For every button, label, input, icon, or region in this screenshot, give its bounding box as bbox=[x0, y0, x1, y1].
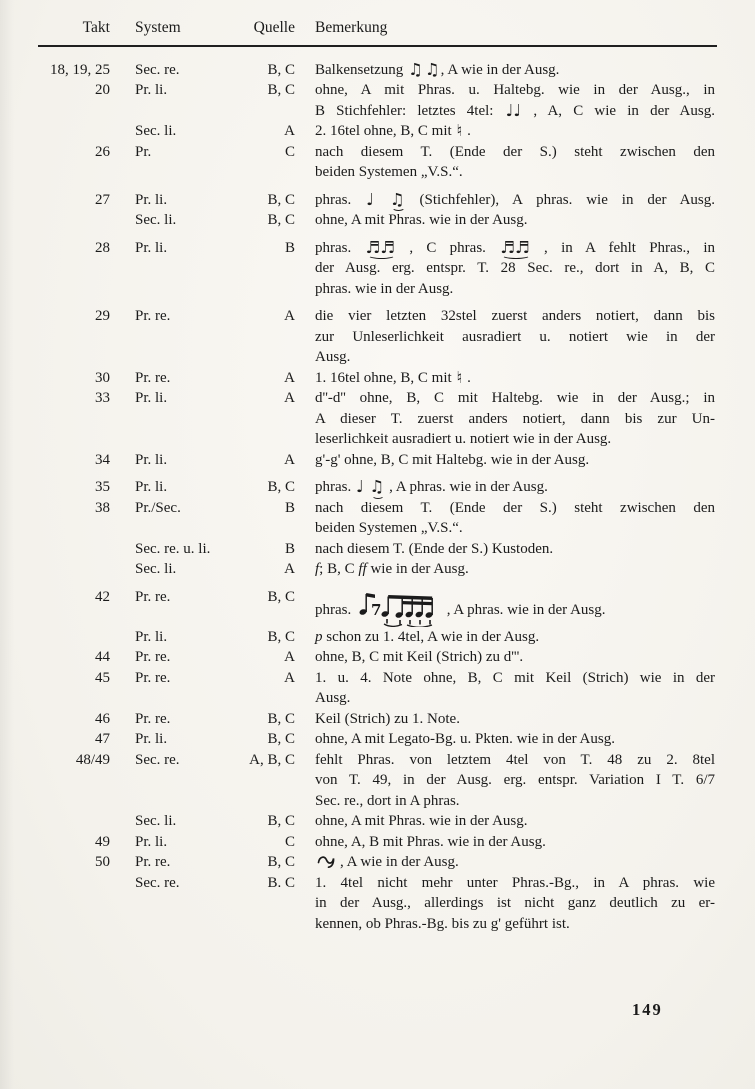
table-row: 30Pr. re.A1. 16tel ohne, B, C mit ♮ . bbox=[0, 368, 755, 389]
beamed-pair-slur-icon: ♫ bbox=[369, 479, 386, 496]
system-cell: Pr. li. bbox=[110, 627, 225, 648]
system-cell: Pr. li. bbox=[110, 190, 225, 211]
text-run: ohne, A mit Phras. wie in der Ausg. bbox=[315, 813, 528, 829]
bemerkung-cell: p schon zu 1. 4tel, A wie in der Ausg. bbox=[295, 627, 715, 648]
bemerkung-line: die vier letzten 32stel zuerst anders no… bbox=[315, 306, 715, 327]
quelle-cell: B, C bbox=[225, 811, 295, 832]
system-cell: Pr. li. bbox=[110, 729, 225, 750]
two-quarter-notes-icon: ♩♩ bbox=[505, 103, 523, 120]
figure-42-icon: 7 bbox=[355, 587, 443, 627]
svg-text:7: 7 bbox=[371, 601, 381, 619]
system-cell: Sec. re. bbox=[110, 60, 225, 81]
text-run: phras. wie in der Ausg. bbox=[315, 281, 453, 297]
text-run: der Ausg. erg. entspr. T. 28 Sec. re., d… bbox=[315, 260, 715, 276]
bemerkung-line: d''-d'' ohne, B, C mit Haltebg. wie in d… bbox=[315, 388, 715, 409]
table-row: 29Pr. re.Adie vier letzten 32stel zuerst… bbox=[0, 306, 755, 368]
table-row: 46Pr. re.B, CKeil (Strich) zu 1. Note. bbox=[0, 709, 755, 730]
text-run: nach diesem T. (Ende der S.) Kustoden. bbox=[315, 541, 553, 557]
text-run: (Stichfehler), A phras. wie in der Ausg. bbox=[406, 192, 715, 208]
beamed-pair-slur-icon: ♫ bbox=[389, 192, 406, 209]
bemerkung-line: ohne, A mit Phras. u. Haltebg. wie in de… bbox=[315, 80, 715, 101]
system-cell: Pr. re. bbox=[110, 587, 225, 627]
text-run: leserlichkeit ausradiert u. notiert wie … bbox=[315, 431, 611, 447]
text-run: zur Unleserlichkeit ausradiert u. notier… bbox=[315, 329, 715, 345]
takt-cell: 44 bbox=[30, 647, 110, 668]
bemerkung-cell: phras. ♬♬ , C phras. ♬♬ , in A fehlt Phr… bbox=[295, 238, 715, 300]
header-takt: Takt bbox=[30, 18, 110, 39]
takt-cell: 42 bbox=[30, 587, 110, 627]
bemerkung-line: Ausg. bbox=[315, 347, 715, 368]
quelle-cell: A bbox=[225, 306, 295, 368]
text-run: , in A fehlt Phras., in bbox=[531, 240, 715, 256]
text-run: Balkensetzung bbox=[315, 62, 407, 78]
bemerkung-cell: 1. u. 4. Note ohne, B, C mit Keil (Stric… bbox=[295, 668, 715, 709]
bemerkung-cell: nach diesem T. (Ende der S.) steht zwisc… bbox=[295, 498, 715, 539]
system-cell: Pr. li. bbox=[110, 80, 225, 121]
quelle-cell: B, C bbox=[225, 587, 295, 627]
quelle-cell: A bbox=[225, 388, 295, 450]
takt-cell: 20 bbox=[30, 80, 110, 121]
bemerkung-line: ohne, A mit Phras. wie in der Ausg. bbox=[315, 210, 715, 231]
takt-cell: 30 bbox=[30, 368, 110, 389]
text-run: Sec. re., dort in A phras. bbox=[315, 793, 460, 809]
bemerkung-line: ohne, B, C mit Keil (Strich) zu d'''. bbox=[315, 647, 715, 668]
bemerkung-line: kennen, ob Phras.-Bg. bis zu g' geführt … bbox=[315, 914, 715, 935]
quelle-cell: A bbox=[225, 368, 295, 389]
table-row: 45Pr. re.A1. u. 4. Note ohne, B, C mit K… bbox=[0, 668, 755, 709]
takt-cell bbox=[30, 539, 110, 560]
quelle-cell: B, C bbox=[225, 190, 295, 211]
text-run: 1. 4tel nicht mehr unter Phras.-Bg., in … bbox=[315, 875, 715, 891]
table-row: 38Pr./Sec.Bnach diesem T. (Ende der S.) … bbox=[0, 498, 755, 539]
system-cell: Pr. re. bbox=[110, 306, 225, 368]
quelle-cell: B, C bbox=[225, 80, 295, 121]
bemerkung-line: B Stichfehler: letztes 4tel: ♩♩ , A, C w… bbox=[315, 101, 715, 122]
system-cell: Pr. re. bbox=[110, 709, 225, 730]
bemerkung-line: phras. wie in der Ausg. bbox=[315, 279, 715, 300]
text-run: p bbox=[315, 629, 323, 645]
text-run: 1. u. 4. Note ohne, B, C mit Keil (Stric… bbox=[315, 670, 715, 686]
bemerkung-line: der Ausg. erg. entspr. T. 28 Sec. re., d… bbox=[315, 258, 715, 279]
table-row: Sec. li.A2. 16tel ohne, B, C mit ♮ . bbox=[0, 121, 755, 142]
scanned-book-page: Takt System Quelle Bemerkung 18, 19, 25S… bbox=[0, 0, 755, 1089]
quelle-cell: A bbox=[225, 668, 295, 709]
text-run: 1. 16tel ohne, B, C mit bbox=[315, 370, 455, 386]
bemerkung-line: 1. u. 4. Note ohne, B, C mit Keil (Stric… bbox=[315, 668, 715, 689]
bemerkung-cell: d''-d'' ohne, B, C mit Haltebg. wie in d… bbox=[295, 388, 715, 450]
table-row: 27Pr. li.B, Cphras. ♩ ♫ (Stichfehler), A… bbox=[0, 190, 755, 211]
quelle-cell: B, C bbox=[225, 729, 295, 750]
text-run: 2. 16tel ohne, B, C mit bbox=[315, 123, 455, 139]
quelle-cell: B, C bbox=[225, 627, 295, 648]
table-row: 50Pr. re.B, C , A wie in der Ausg. bbox=[0, 852, 755, 873]
bemerkung-cell: Keil (Strich) zu 1. Note. bbox=[295, 709, 715, 730]
bemerkung-line: , A wie in der Ausg. bbox=[315, 852, 715, 873]
takt-cell: 26 bbox=[30, 142, 110, 183]
quelle-cell: B, C bbox=[225, 60, 295, 81]
text-run: wie in der Ausg. bbox=[367, 561, 469, 577]
quelle-cell: B bbox=[225, 238, 295, 300]
table-row: 42Pr. re.B, Cphras. 7 , A phras. wie in … bbox=[0, 587, 755, 627]
takt-cell bbox=[30, 811, 110, 832]
text-run: Ausg. bbox=[315, 349, 350, 365]
bemerkung-cell: phras. ♩ ♫ , A phras. wie in der Ausg. bbox=[295, 477, 715, 498]
bemerkung-line: nach diesem T. (Ende der S.) Kustoden. bbox=[315, 539, 715, 560]
takt-cell: 34 bbox=[30, 450, 110, 471]
table-row: 49Pr. li.Cohne, A, B mit Phras. wie in d… bbox=[0, 832, 755, 853]
system-cell: Pr./Sec. bbox=[110, 498, 225, 539]
bemerkung-line: fehlt Phras. von letztem 4tel von T. 48 … bbox=[315, 750, 715, 771]
bemerkung-line: 2. 16tel ohne, B, C mit ♮ . bbox=[315, 121, 715, 142]
apparatus-rows: 18, 19, 25Sec. re.B, CBalkensetzung ♫♫, … bbox=[0, 60, 755, 935]
bemerkung-line: zur Unleserlichkeit ausradiert u. notier… bbox=[315, 327, 715, 348]
takt-cell bbox=[30, 873, 110, 935]
bemerkung-line: Balkensetzung ♫♫, A wie in der Ausg. bbox=[315, 60, 715, 81]
bemerkung-cell: ohne, A mit Phras. wie in der Ausg. bbox=[295, 210, 715, 231]
bemerkung-cell: , A wie in der Ausg. bbox=[295, 852, 715, 873]
bemerkung-cell: ohne, A mit Legato-Bg. u. Pkten. wie in … bbox=[295, 729, 715, 750]
text-run: nach diesem T. (Ende der S.) steht zwisc… bbox=[315, 144, 715, 160]
takt-cell: 50 bbox=[30, 852, 110, 873]
takt-cell: 27 bbox=[30, 190, 110, 211]
bemerkung-cell: 2. 16tel ohne, B, C mit ♮ . bbox=[295, 121, 715, 142]
table-row: Sec. li.B, Cohne, A mit Phras. wie in de… bbox=[0, 811, 755, 832]
bemerkung-line: leserlichkeit ausradiert u. notiert wie … bbox=[315, 429, 715, 450]
takt-cell bbox=[30, 210, 110, 231]
sixteenth-group-slur-icon: ♬♬ bbox=[365, 240, 397, 257]
quelle-cell: A bbox=[225, 450, 295, 471]
table-row: 33Pr. li.Ad''-d'' ohne, B, C mit Haltebg… bbox=[0, 388, 755, 450]
quelle-cell: A bbox=[225, 121, 295, 142]
quelle-cell: B bbox=[225, 539, 295, 560]
quarter-note-icon: ♩ bbox=[355, 479, 365, 496]
quelle-cell: C bbox=[225, 832, 295, 853]
quelle-cell: B, C bbox=[225, 477, 295, 498]
bemerkung-line: von T. 49, in der Ausg. erg. entspr. Var… bbox=[315, 770, 715, 791]
system-cell: Sec. re. bbox=[110, 873, 225, 935]
takt-cell: 48/49 bbox=[30, 750, 110, 812]
bemerkung-cell: 1. 4tel nicht mehr unter Phras.-Bg., in … bbox=[295, 873, 715, 935]
bemerkung-cell: ohne, A mit Phras. u. Haltebg. wie in de… bbox=[295, 80, 715, 121]
text-run: Keil (Strich) zu 1. Note. bbox=[315, 711, 460, 727]
header-system: System bbox=[110, 18, 225, 39]
bemerkung-line: Ausg. bbox=[315, 688, 715, 709]
quelle-cell: A bbox=[225, 559, 295, 580]
text-run: ohne, A, B mit Phras. wie in der Ausg. bbox=[315, 834, 546, 850]
bemerkung-cell: die vier letzten 32stel zuerst anders no… bbox=[295, 306, 715, 368]
bemerkung-line: phras. ♩ ♫ , A phras. wie in der Ausg. bbox=[315, 477, 715, 498]
system-cell: Sec. li. bbox=[110, 811, 225, 832]
quelle-cell: B, C bbox=[225, 709, 295, 730]
takt-cell: 45 bbox=[30, 668, 110, 709]
takt-cell: 49 bbox=[30, 832, 110, 853]
quarter-note-icon: ♩ bbox=[365, 192, 375, 209]
bemerkung-line: nach diesem T. (Ende der S.) steht zwisc… bbox=[315, 498, 715, 519]
table-row: 44Pr. re.Aohne, B, C mit Keil (Strich) z… bbox=[0, 647, 755, 668]
bemerkung-line: beiden Systemen „V.S.“. bbox=[315, 162, 715, 183]
bemerkung-line: in der Ausg., allerdings ist nicht ganz … bbox=[315, 893, 715, 914]
text-run: ohne, A mit Phras. u. Haltebg. wie in de… bbox=[315, 82, 715, 98]
text-run: kennen, ob Phras.-Bg. bis zu g' geführt … bbox=[315, 916, 570, 932]
text-run: ohne, B, C mit Keil (Strich) zu d'''. bbox=[315, 649, 523, 665]
table-row: Pr. li.B, Cp schon zu 1. 4tel, A wie in … bbox=[0, 627, 755, 648]
text-run: schon zu 1. 4tel, A wie in der Ausg. bbox=[323, 629, 540, 645]
bemerkung-line: f; B, C ff wie in der Ausg. bbox=[315, 559, 715, 580]
takt-cell: 47 bbox=[30, 729, 110, 750]
text-run: , A wie in der Ausg. bbox=[340, 854, 459, 870]
bemerkung-line: Keil (Strich) zu 1. Note. bbox=[315, 709, 715, 730]
takt-cell: 38 bbox=[30, 498, 110, 539]
text-run: , A phras. wie in der Ausg. bbox=[385, 479, 548, 495]
text-run: phras. bbox=[315, 479, 355, 495]
bemerkung-cell: g'-g' ohne, B, C mit Haltebg. wie in der… bbox=[295, 450, 715, 471]
quelle-cell: A bbox=[225, 647, 295, 668]
text-run: beiden Systemen „V.S.“. bbox=[315, 164, 463, 180]
system-cell: Sec. re. u. li. bbox=[110, 539, 225, 560]
text-run: phras. bbox=[315, 240, 365, 256]
sixteenth-group-slur-icon: ♬♬ bbox=[499, 240, 531, 257]
header-rule bbox=[38, 45, 717, 47]
text-run: von T. 49, in der Ausg. erg. entspr. Var… bbox=[315, 772, 715, 788]
table-row: 35Pr. li.B, Cphras. ♩ ♫ , A phras. wie i… bbox=[0, 477, 755, 498]
bemerkung-line: 1. 4tel nicht mehr unter Phras.-Bg., in … bbox=[315, 873, 715, 894]
table-row: Sec. re. u. li.Bnach diesem T. (Ende der… bbox=[0, 539, 755, 560]
takt-cell: 35 bbox=[30, 477, 110, 498]
text-run: in der Ausg., allerdings ist nicht ganz … bbox=[315, 895, 715, 911]
bemerkung-cell: Balkensetzung ♫♫, A wie in der Ausg. bbox=[295, 60, 715, 81]
turn-ornament-icon bbox=[315, 852, 340, 870]
quelle-cell: A, B, C bbox=[225, 750, 295, 812]
bemerkung-cell: phras. 7 , A phras. wie in der Ausg. bbox=[295, 587, 715, 627]
table-row: 28Pr. li.Bphras. ♬♬ , C phras. ♬♬ , in A… bbox=[0, 238, 755, 300]
quelle-cell: B, C bbox=[225, 210, 295, 231]
bemerkung-line: phras. ♬♬ , C phras. ♬♬ , in A fehlt Phr… bbox=[315, 238, 715, 259]
text-run bbox=[375, 192, 389, 208]
quelle-cell: B, C bbox=[225, 852, 295, 873]
text-run: , A wie in der Ausg. bbox=[441, 62, 560, 78]
bemerkung-cell: nach diesem T. (Ende der S.) Kustoden. bbox=[295, 539, 715, 560]
text-run: phras. bbox=[315, 602, 355, 618]
text-run: . bbox=[463, 123, 471, 139]
bemerkung-line: beiden Systemen „V.S.“. bbox=[315, 518, 715, 539]
bemerkung-line: ohne, A mit Phras. wie in der Ausg. bbox=[315, 811, 715, 832]
bemerkung-line: phras. 7 , A phras. wie in der Ausg. bbox=[315, 587, 715, 627]
takt-cell: 28 bbox=[30, 238, 110, 300]
text-run: fehlt Phras. von letztem 4tel von T. 48 … bbox=[315, 752, 715, 768]
quelle-cell: C bbox=[225, 142, 295, 183]
table-row: Sec. li.Af; B, C ff wie in der Ausg. bbox=[0, 559, 755, 580]
text-run: die vier letzten 32stel zuerst anders no… bbox=[315, 308, 715, 324]
text-run: B Stichfehler: letztes 4tel: bbox=[315, 103, 505, 119]
beamed-eighth-pair-icon: ♫ bbox=[407, 62, 424, 79]
takt-cell bbox=[30, 627, 110, 648]
bemerkung-line: ohne, A mit Legato-Bg. u. Pkten. wie in … bbox=[315, 729, 715, 750]
text-run: . bbox=[463, 370, 471, 386]
takt-cell: 18, 19, 25 bbox=[30, 60, 110, 81]
takt-cell: 33 bbox=[30, 388, 110, 450]
table-row: 20Pr. li.B, Cohne, A mit Phras. u. Halte… bbox=[0, 80, 755, 121]
bemerkung-line: nach diesem T. (Ende der S.) steht zwisc… bbox=[315, 142, 715, 163]
system-cell: Pr. li. bbox=[110, 477, 225, 498]
text-run: d''-d'' ohne, B, C mit Haltebg. wie in d… bbox=[315, 390, 715, 406]
table-row: 47Pr. li.B, Cohne, A mit Legato-Bg. u. P… bbox=[0, 729, 755, 750]
table-row: Sec. re.B. C1. 4tel nicht mehr unter Phr… bbox=[0, 873, 755, 935]
table-row: 34Pr. li.Ag'-g' ohne, B, C mit Haltebg. … bbox=[0, 450, 755, 471]
takt-cell: 46 bbox=[30, 709, 110, 730]
bemerkung-line: A dieser T. zuerst anders notiert, dann … bbox=[315, 409, 715, 430]
table-row: 48/49Sec. re.A, B, Cfehlt Phras. von let… bbox=[0, 750, 755, 812]
bemerkung-line: phras. ♩ ♫ (Stichfehler), A phras. wie i… bbox=[315, 190, 715, 211]
bemerkung-cell: nach diesem T. (Ende der S.) steht zwisc… bbox=[295, 142, 715, 183]
text-run: phras. bbox=[315, 192, 365, 208]
table-row: Sec. li.B, Cohne, A mit Phras. wie in de… bbox=[0, 210, 755, 231]
bemerkung-line: ohne, A, B mit Phras. wie in der Ausg. bbox=[315, 832, 715, 853]
page-number: 149 bbox=[632, 1000, 663, 1020]
bemerkung-cell: ohne, A, B mit Phras. wie in der Ausg. bbox=[295, 832, 715, 853]
system-cell: Pr. re. bbox=[110, 647, 225, 668]
system-cell: Pr. re. bbox=[110, 668, 225, 709]
bemerkung-line: Sec. re., dort in A phras. bbox=[315, 791, 715, 812]
takt-cell: 29 bbox=[30, 306, 110, 368]
system-cell: Pr. li. bbox=[110, 238, 225, 300]
text-run: beiden Systemen „V.S.“. bbox=[315, 520, 463, 536]
system-cell: Sec. re. bbox=[110, 750, 225, 812]
takt-cell bbox=[30, 559, 110, 580]
system-cell: Pr. bbox=[110, 142, 225, 183]
system-cell: Pr. li. bbox=[110, 450, 225, 471]
header-quelle: Quelle bbox=[225, 18, 295, 39]
text-run: ohne, A mit Phras. wie in der Ausg. bbox=[315, 212, 528, 228]
text-run: ff bbox=[358, 561, 366, 577]
bemerkung-cell: 1. 16tel ohne, B, C mit ♮ . bbox=[295, 368, 715, 389]
quelle-cell: B bbox=[225, 498, 295, 539]
system-cell: Pr. li. bbox=[110, 388, 225, 450]
bemerkung-cell: ohne, A mit Phras. wie in der Ausg. bbox=[295, 811, 715, 832]
text-run: , A, C wie in der Ausg. bbox=[522, 103, 715, 119]
bemerkung-line: 1. 16tel ohne, B, C mit ♮ . bbox=[315, 368, 715, 389]
system-cell: Pr. re. bbox=[110, 852, 225, 873]
text-run: ; B, C bbox=[319, 561, 358, 577]
table-row: 26Pr.Cnach diesem T. (Ende der S.) steht… bbox=[0, 142, 755, 183]
header-bemerkung: Bemerkung bbox=[295, 18, 715, 39]
text-run: g'-g' ohne, B, C mit Haltebg. wie in der… bbox=[315, 452, 589, 468]
table-header: Takt System Quelle Bemerkung bbox=[0, 18, 755, 39]
table-row: 18, 19, 25Sec. re.B, CBalkensetzung ♫♫, … bbox=[0, 60, 755, 81]
bemerkung-line: p schon zu 1. 4tel, A wie in der Ausg. bbox=[315, 627, 715, 648]
bemerkung-cell: f; B, C ff wie in der Ausg. bbox=[295, 559, 715, 580]
system-cell: Pr. re. bbox=[110, 368, 225, 389]
text-run: ohne, A mit Legato-Bg. u. Pkten. wie in … bbox=[315, 731, 615, 747]
quelle-cell: B. C bbox=[225, 873, 295, 935]
bemerkung-line: g'-g' ohne, B, C mit Haltebg. wie in der… bbox=[315, 450, 715, 471]
text-run: , C phras. bbox=[396, 240, 499, 256]
system-cell: Sec. li. bbox=[110, 210, 225, 231]
system-cell: Sec. li. bbox=[110, 559, 225, 580]
beamed-eighth-pair-icon: ♫ bbox=[424, 62, 441, 79]
text-run: , A phras. wie in der Ausg. bbox=[443, 602, 606, 618]
text-run: nach diesem T. (Ende der S.) steht zwisc… bbox=[315, 500, 715, 516]
bemerkung-cell: fehlt Phras. von letztem 4tel von T. 48 … bbox=[295, 750, 715, 812]
takt-cell bbox=[30, 121, 110, 142]
bemerkung-cell: phras. ♩ ♫ (Stichfehler), A phras. wie i… bbox=[295, 190, 715, 211]
bemerkung-cell: ohne, B, C mit Keil (Strich) zu d'''. bbox=[295, 647, 715, 668]
text-run: A dieser T. zuerst anders notiert, dann … bbox=[315, 411, 715, 427]
system-cell: Sec. li. bbox=[110, 121, 225, 142]
system-cell: Pr. li. bbox=[110, 832, 225, 853]
text-run: Ausg. bbox=[315, 690, 350, 706]
